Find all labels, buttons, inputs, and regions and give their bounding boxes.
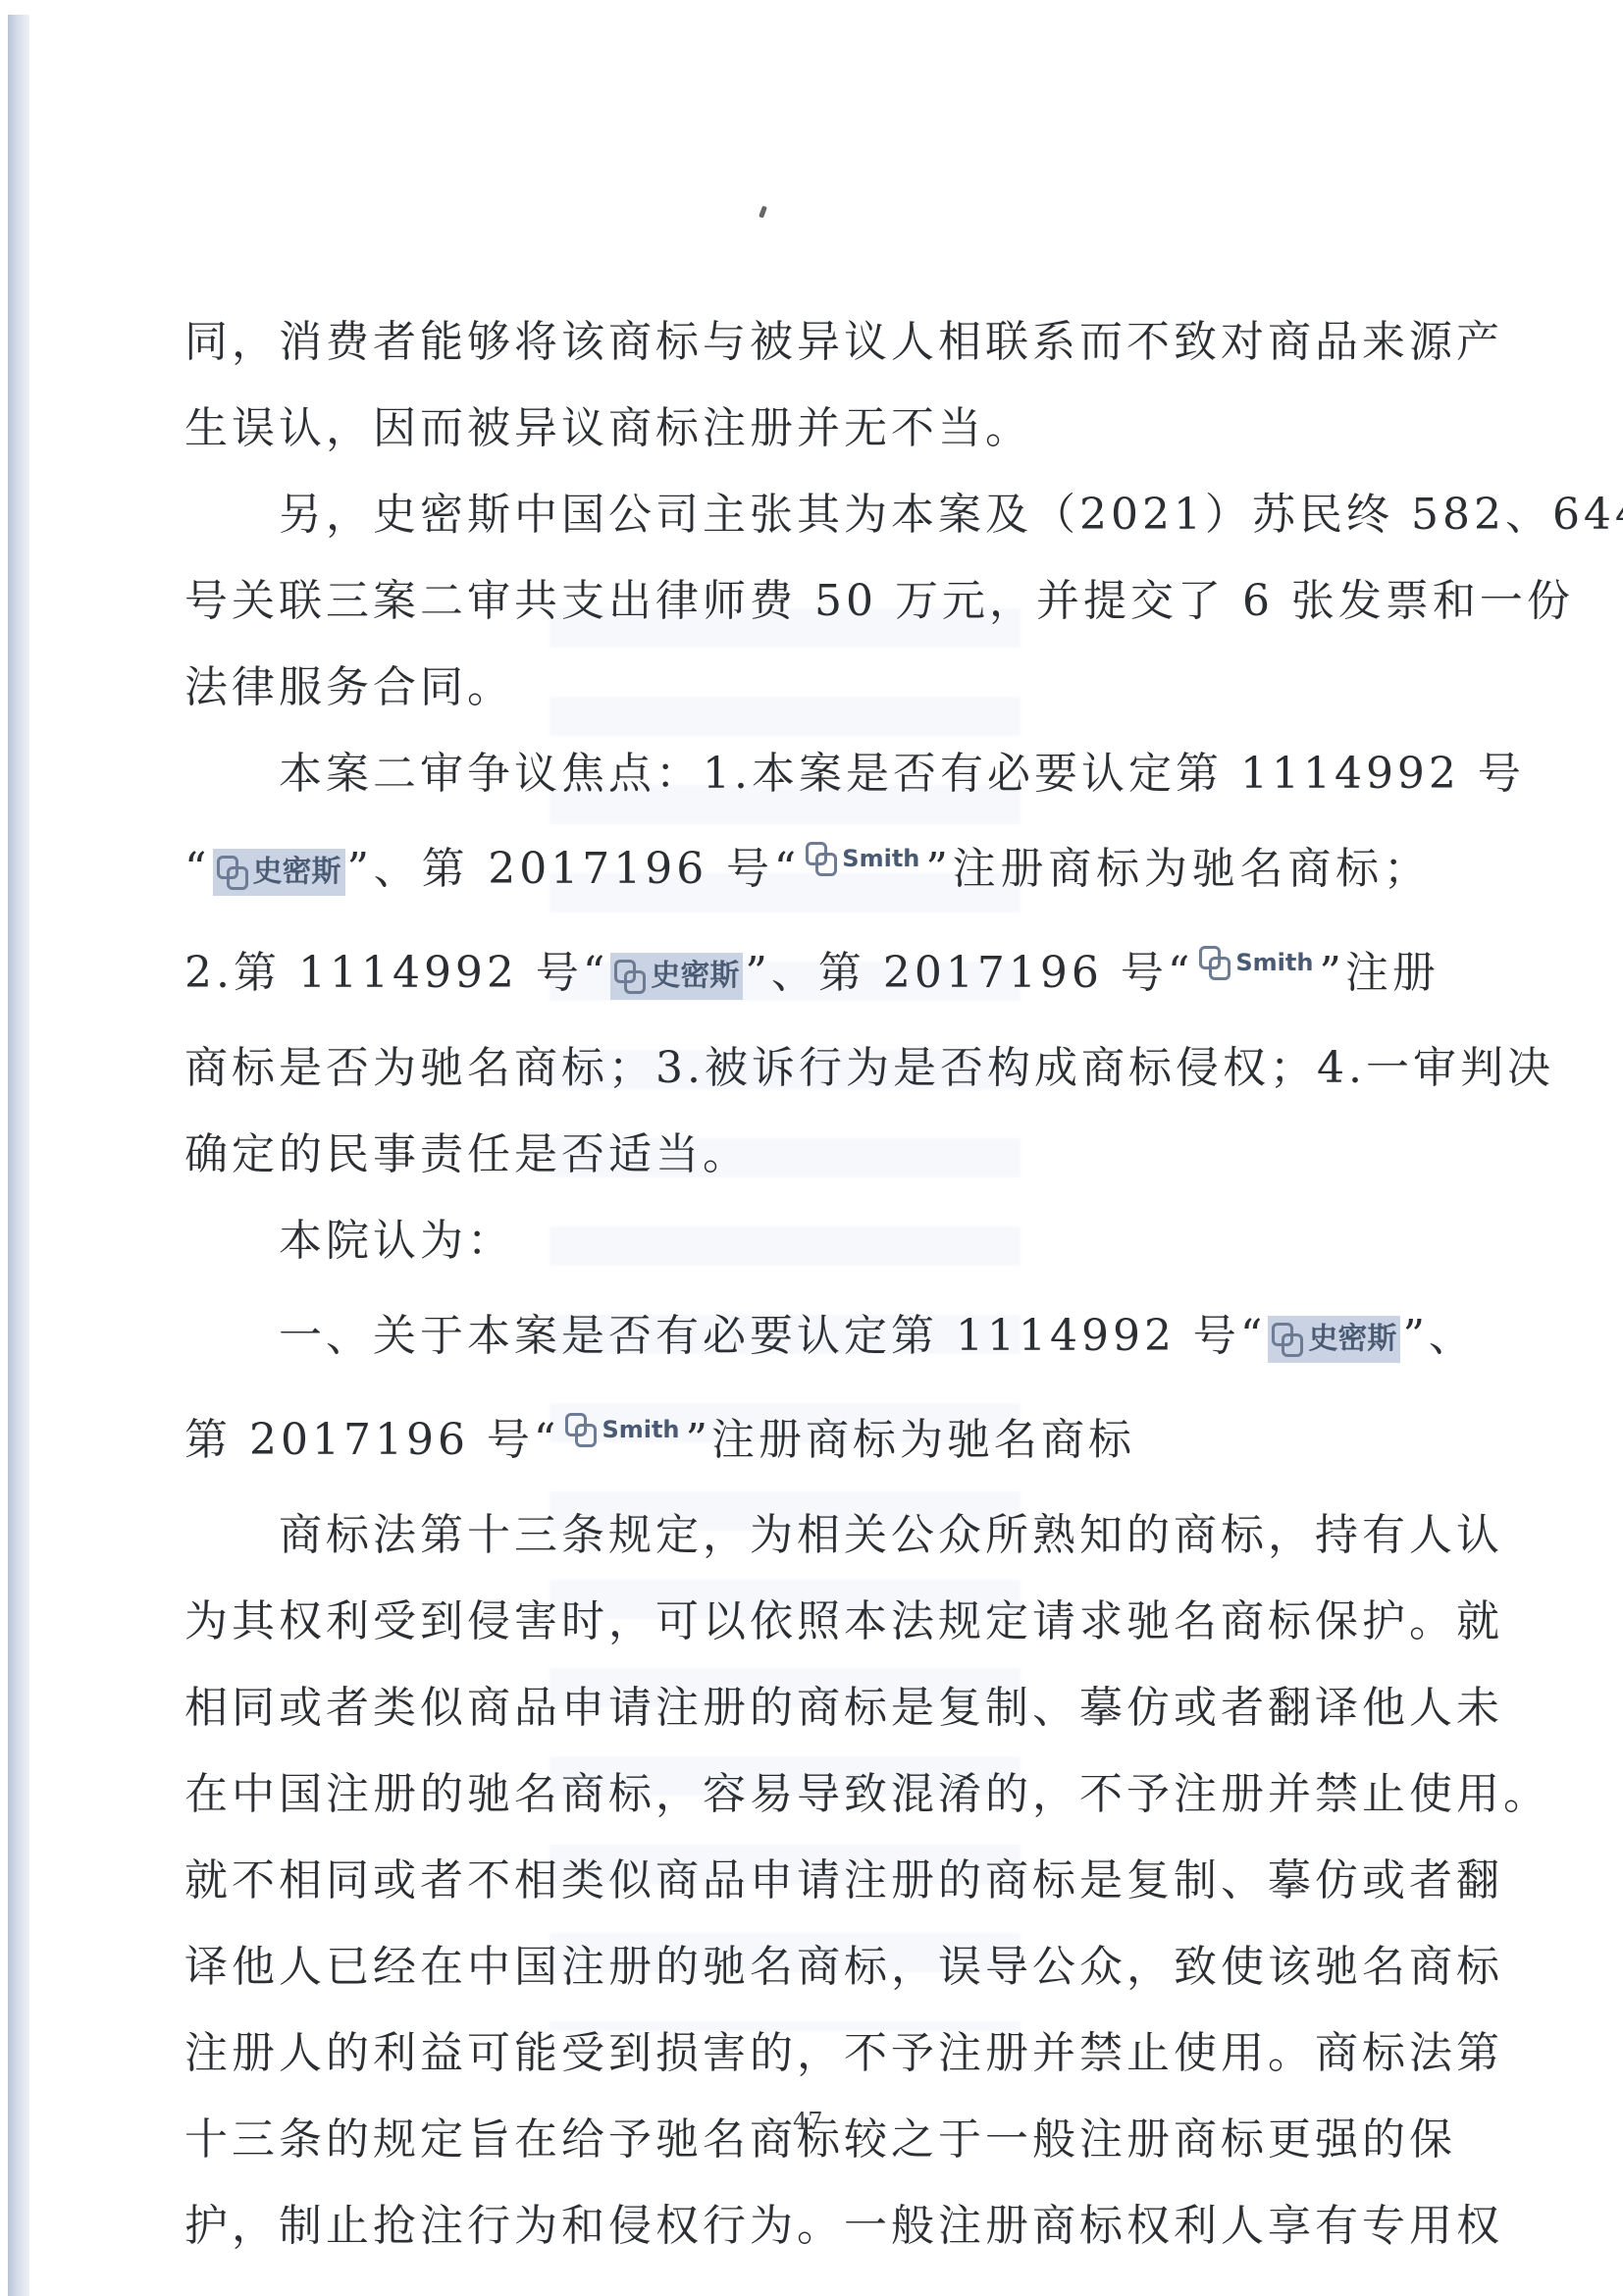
text: ”、第 2017196 号“ [745, 948, 1193, 998]
section-heading-line: 一、关于本案是否有必要认定第 1114992 号“史密斯”、 [184, 1284, 1431, 1388]
text: 2.第 1114992 号“ [184, 948, 608, 998]
scan-edge-shadow [8, 15, 29, 2296]
interlocked-squares-icon [806, 842, 839, 875]
interlocked-squares-icon [1272, 1323, 1305, 1356]
text-line: 护，制止抢注行为和侵权行为。一般注册商标权利人享有专用权 [184, 2183, 1431, 2270]
text-line: 为其权利受到侵害时，可以依照本法规定请求驰名商标保护。就 [184, 1579, 1431, 1665]
text-line: 就不相同或者不相类似商品申请注册的商标是复制、摹仿或者翻 [184, 1838, 1431, 1924]
text: 第 2017196 号“ [184, 1415, 559, 1465]
trademark-logo-smith: Smith [802, 835, 923, 882]
text-line: 号关联三案二审共支出律师费 50 万元，并提交了 6 张发票和一份 [184, 558, 1431, 645]
text: ”、第 2017196 号“ [347, 844, 801, 894]
text-line: 商标是否为驰名商标；3.被诉行为是否构成商标侵权；4.一审判决 [184, 1025, 1431, 1112]
text-line: 在中国注册的驰名商标，容易导致混淆的，不予注册并禁止使用。 [184, 1751, 1431, 1838]
interlocked-squares-icon [217, 856, 250, 889]
logo-text: Smith [842, 807, 919, 911]
text-line: 译他人已经在中国注册的驰名商标，误导公众，致使该驰名商标 [184, 1924, 1431, 2010]
document-body: 同，消费者能够将该商标与被异议人相联系而不致对商品来源产 生误认，因而被异议商标… [184, 299, 1431, 2270]
trademark-logo-shimisi: 史密斯 [213, 849, 345, 896]
text: ”、 [1402, 1311, 1476, 1361]
page-number: 47 [793, 2108, 823, 2135]
text-line: 生误认，因而被异议商标注册并无不当。 [184, 386, 1431, 472]
logo-text: 史密斯 [1308, 1287, 1396, 1391]
text: 一、关于本案是否有必要认定第 1114992 号“ [279, 1311, 1266, 1361]
text-line: 法律服务合同。 [184, 645, 1431, 731]
logo-text: 史密斯 [651, 924, 739, 1028]
interlocked-squares-icon [565, 1413, 599, 1446]
text-line: 另，史密斯中国公司主张其为本案及（2021）苏民终 582、644 [184, 472, 1431, 558]
interlocked-squares-icon [1199, 946, 1232, 979]
text-line: 相同或者类似商品申请注册的商标是复制、摹仿或者翻译他人未 [184, 1665, 1431, 1751]
trademark-logo-shimisi: 史密斯 [1268, 1316, 1400, 1363]
trademark-logo-smith: Smith [561, 1406, 683, 1453]
text: ”注册 [1319, 948, 1440, 998]
text: ”注册商标为驰名商标 [686, 1415, 1136, 1465]
text-line: 确定的民事责任是否适当。 [184, 1112, 1431, 1198]
text-line: 本案二审争议焦点：1.本案是否有必要认定第 1114992 号 [184, 731, 1431, 817]
trademark-logo-smith: Smith [1195, 939, 1317, 986]
interlocked-squares-icon [614, 960, 648, 993]
logo-text: 史密斯 [253, 820, 341, 924]
text: ”注册商标为驰名商标； [925, 844, 1431, 894]
trademark-logo-shimisi: 史密斯 [610, 953, 743, 1000]
text-line: 注册人的利益可能受到损害的，不予注册并禁止使用。商标法第 [184, 2010, 1431, 2097]
text-line-with-logos: “史密斯”、第 2017196 号“Smith”注册商标为驰名商标； [184, 817, 1431, 921]
scan-speck [759, 206, 767, 219]
logo-text: Smith [1235, 911, 1313, 1015]
text-line: 本院认为： [184, 1198, 1431, 1284]
text-line: 同，消费者能够将该商标与被异议人相联系而不致对商品来源产 [184, 299, 1431, 386]
text: “ [184, 844, 211, 894]
text-line-with-logos: 2.第 1114992 号“史密斯”、第 2017196 号“Smith”注册 [184, 921, 1431, 1025]
section-heading-line: 第 2017196 号“Smith”注册商标为驰名商标 [184, 1388, 1431, 1492]
text-line: 商标法第十三条规定，为相关公众所熟知的商标，持有人认 [184, 1492, 1431, 1579]
logo-text: Smith [602, 1378, 679, 1482]
